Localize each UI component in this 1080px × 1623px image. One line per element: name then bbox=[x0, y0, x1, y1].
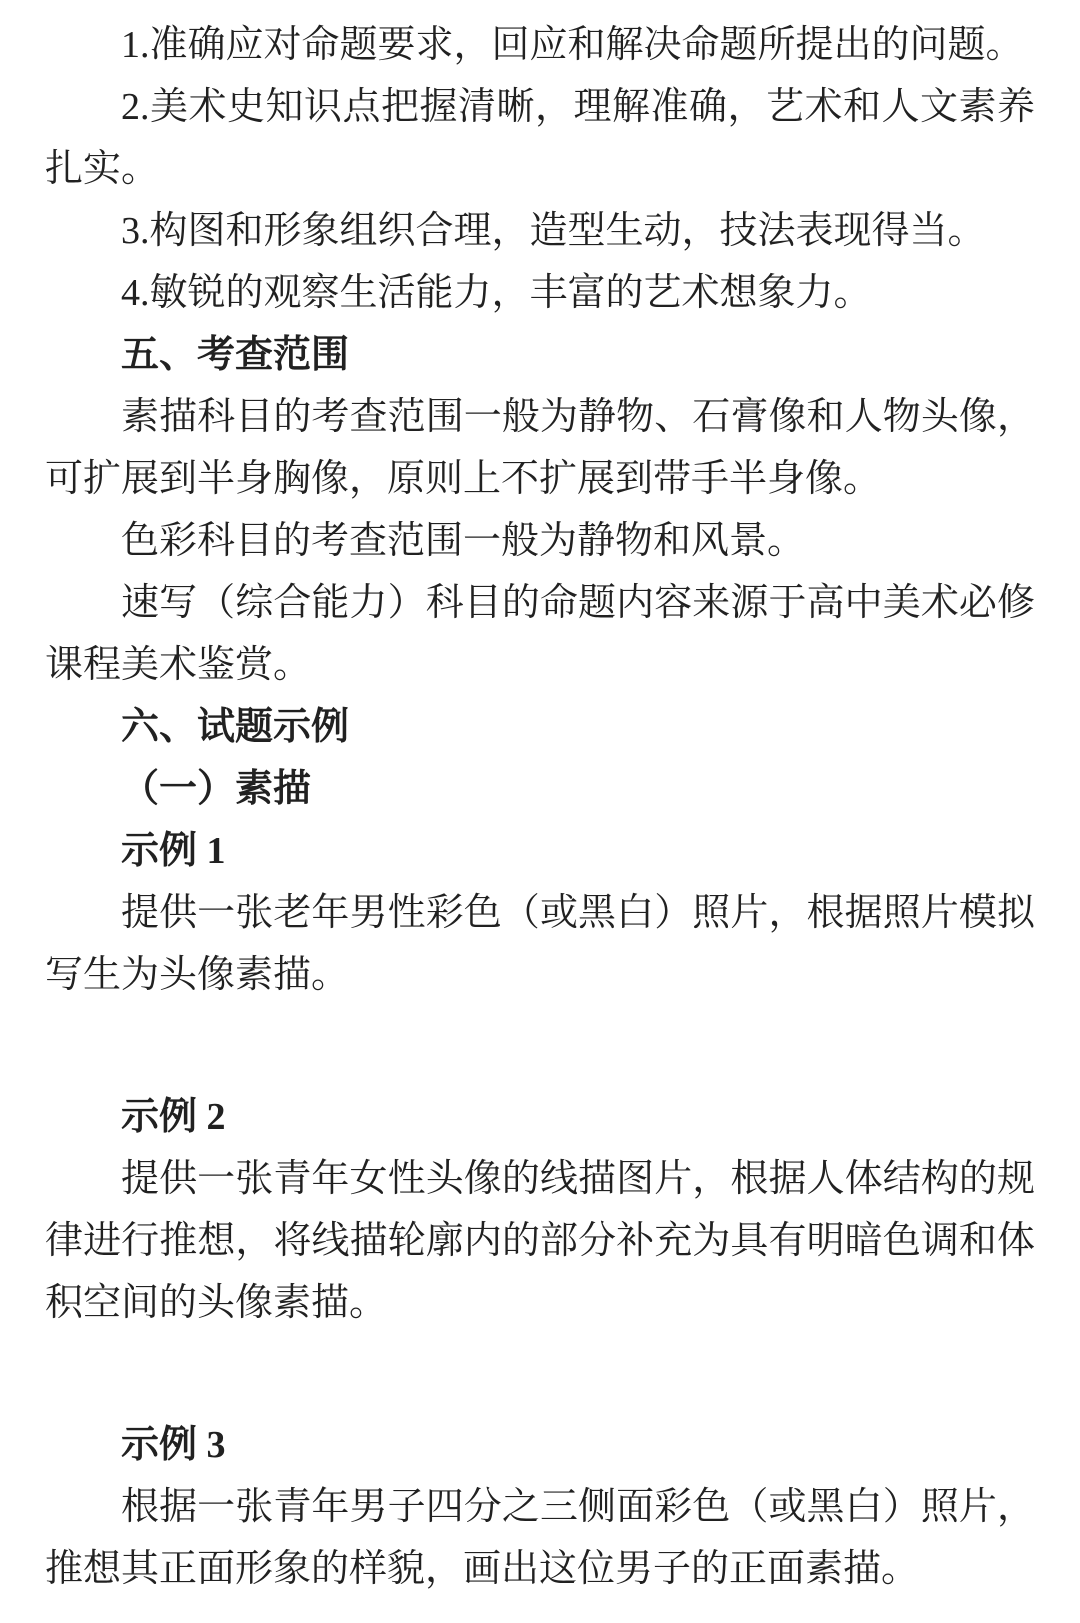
section-heading-exam-scope: 五、考查范围 bbox=[45, 324, 1035, 386]
criteria-item-1: 1.准确应对命题要求，回应和解决命题所提出的问题。 bbox=[45, 14, 1035, 76]
document-page: 1.准确应对命题要求，回应和解决命题所提出的问题。 2.美术史知识点把握清晰，理… bbox=[0, 0, 1080, 1623]
blank-line bbox=[45, 1334, 1035, 1414]
subsection-heading-sketch: （一）素描 bbox=[45, 758, 1035, 820]
paragraph-quicksketch-scope: 速写（综合能力）科目的命题内容来源于高中美术必修课程美术鉴赏。 bbox=[45, 572, 1035, 696]
example-2-text: 提供一张青年女性头像的线描图片，根据人体结构的规律进行推想，将线描轮廓内的部分补… bbox=[45, 1148, 1035, 1334]
paragraph-color-scope: 色彩科目的考查范围一般为静物和风景。 bbox=[45, 510, 1035, 572]
example-1-text: 提供一张老年男性彩色（或黑白）照片，根据照片模拟写生为头像素描。 bbox=[45, 882, 1035, 1006]
section-heading-sample-questions: 六、试题示例 bbox=[45, 696, 1035, 758]
criteria-item-3: 3.构图和形象组织合理，造型生动，技法表现得当。 bbox=[45, 200, 1035, 262]
example-3-label: 示例 3 bbox=[45, 1414, 1035, 1476]
paragraph-sketch-scope: 素描科目的考查范围一般为静物、石膏像和人物头像，可扩展到半身胸像，原则上不扩展到… bbox=[45, 386, 1035, 510]
blank-line bbox=[45, 1006, 1035, 1086]
example-3-text: 根据一张青年男子四分之三侧面彩色（或黑白）照片，推想其正面形象的样貌，画出这位男… bbox=[45, 1476, 1035, 1600]
criteria-item-4: 4.敏锐的观察生活能力，丰富的艺术想象力。 bbox=[45, 262, 1035, 324]
example-2-label: 示例 2 bbox=[45, 1086, 1035, 1148]
criteria-item-2: 2.美术史知识点把握清晰，理解准确，艺术和人文素养扎实。 bbox=[45, 76, 1035, 200]
example-1-label: 示例 1 bbox=[45, 820, 1035, 882]
